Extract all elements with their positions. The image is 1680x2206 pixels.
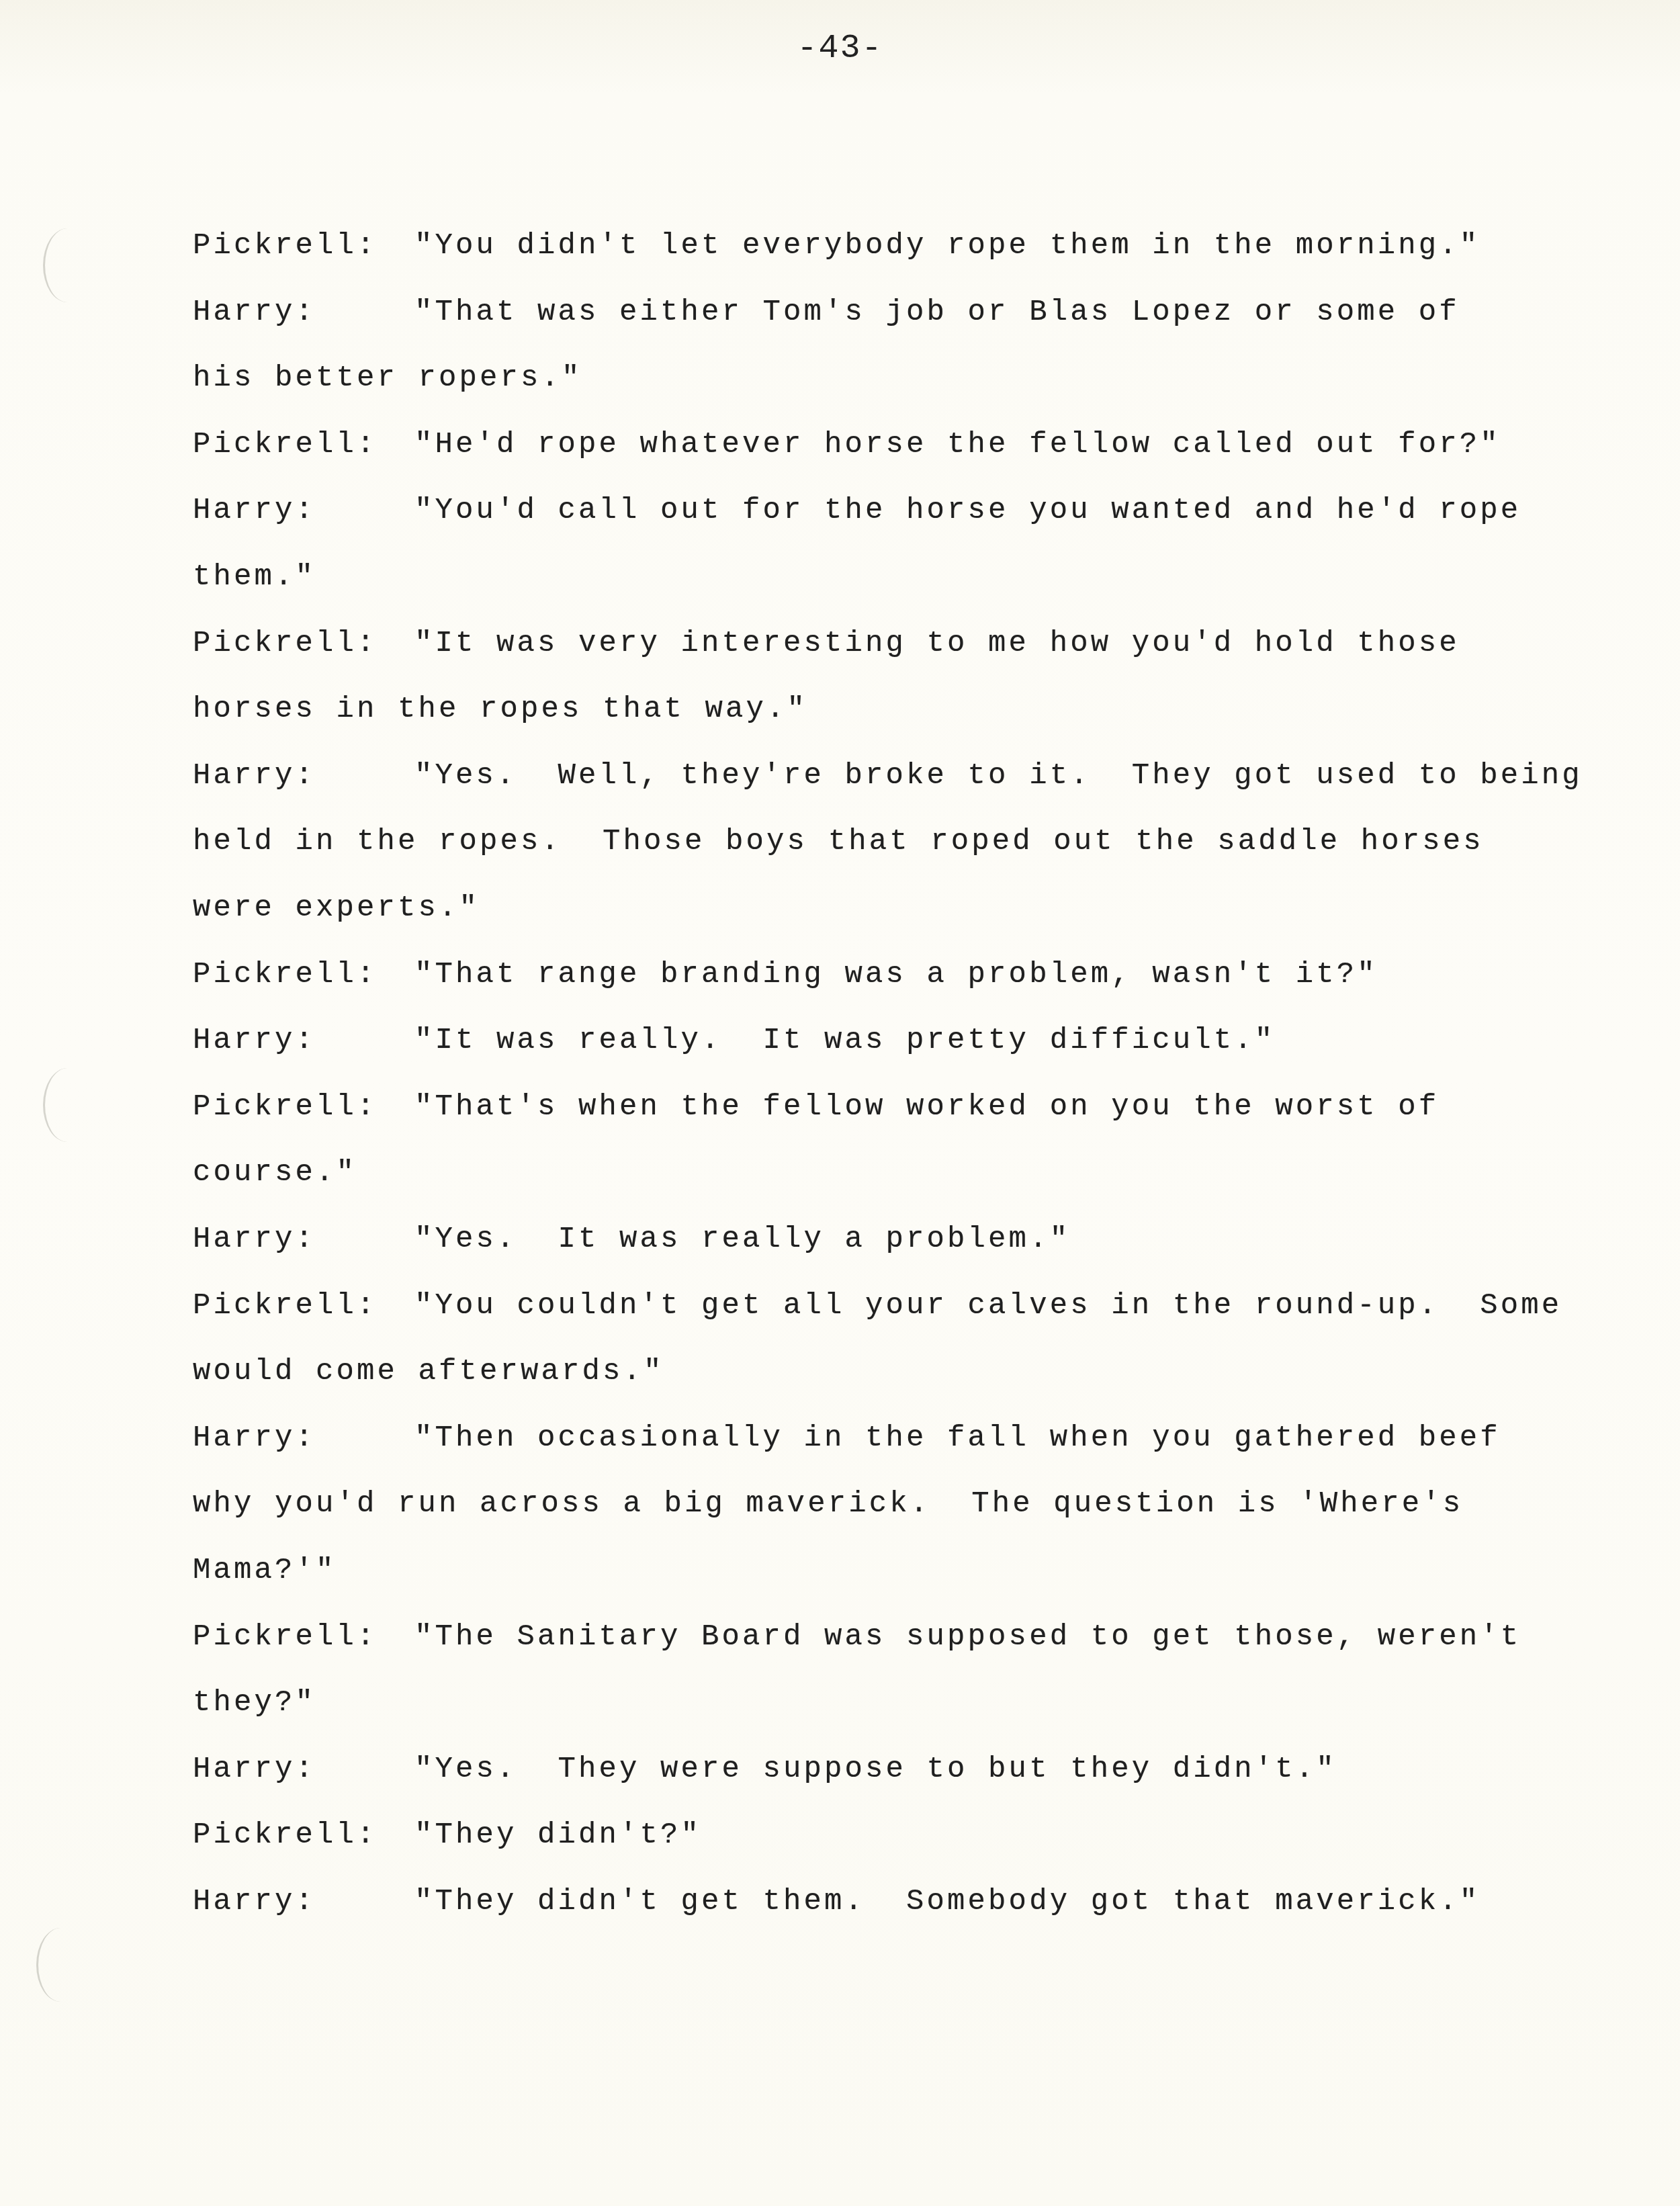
speech-text: "Then occasionally in the fall when you … bbox=[414, 1418, 1501, 1458]
speech-continuation: Mama?'" bbox=[193, 1550, 337, 1591]
speech-text: "It was really. It was pretty difficult.… bbox=[414, 1020, 1275, 1061]
speech-continuation: course." bbox=[193, 1153, 357, 1193]
punch-hole-bottom bbox=[36, 1928, 85, 2002]
speaker-label: Harry: bbox=[193, 1749, 316, 1790]
speech-text: "That was either Tom's job or Blas Lopez… bbox=[414, 292, 1460, 333]
speaker-label: Pickrell: bbox=[193, 425, 378, 465]
speech-continuation: horses in the ropes that way." bbox=[193, 689, 807, 730]
speech-continuation: why you'd run across a big maverick. The… bbox=[193, 1484, 1463, 1524]
speech-text: "They didn't get them. Somebody got that… bbox=[414, 1882, 1480, 1922]
speech-text: "That range branding was a problem, wasn… bbox=[414, 955, 1378, 995]
page-number: -43- bbox=[0, 30, 1680, 68]
speech-text: "You'd call out for the horse you wanted… bbox=[414, 490, 1521, 531]
speaker-label: Harry: bbox=[193, 1020, 316, 1061]
speaker-label: Pickrell: bbox=[193, 226, 378, 266]
typewritten-page: -43- Pickrell:"You didn't let everybody … bbox=[0, 0, 1680, 2206]
speech-text: "You couldn't get all your calves in the… bbox=[414, 1286, 1562, 1326]
speaker-label: Pickrell: bbox=[193, 1617, 378, 1657]
speech-text: "He'd rope whatever horse the fellow cal… bbox=[414, 425, 1501, 465]
speech-text: "The Sanitary Board was supposed to get … bbox=[414, 1617, 1521, 1657]
speech-continuation: held in the ropes. Those boys that roped… bbox=[193, 822, 1484, 862]
speaker-label: Harry: bbox=[193, 292, 316, 333]
speaker-label: Harry: bbox=[193, 1882, 316, 1922]
speech-text: "Yes. Well, they're broke to it. They go… bbox=[414, 756, 1583, 796]
speech-text: "Yes. It was really a problem." bbox=[414, 1219, 1070, 1260]
speaker-label: Pickrell: bbox=[193, 955, 378, 995]
speech-continuation: them." bbox=[193, 557, 316, 597]
speech-continuation: were experts." bbox=[193, 888, 480, 928]
speaker-label: Harry: bbox=[193, 490, 316, 531]
speaker-label: Harry: bbox=[193, 1219, 316, 1260]
speaker-label: Pickrell: bbox=[193, 623, 378, 664]
speech-text: "That's when the fellow worked on you th… bbox=[414, 1087, 1439, 1127]
speaker-label: Pickrell: bbox=[193, 1087, 378, 1127]
speech-text: "They didn't?" bbox=[414, 1815, 701, 1855]
speech-text: "You didn't let everybody rope them in t… bbox=[414, 226, 1480, 266]
speaker-label: Pickrell: bbox=[193, 1286, 378, 1326]
punch-hole-top bbox=[43, 228, 92, 302]
speech-continuation: would come afterwards." bbox=[193, 1352, 664, 1392]
speech-continuation: his better ropers." bbox=[193, 358, 582, 398]
speaker-label: Pickrell: bbox=[193, 1815, 378, 1855]
speech-text: "Yes. They were suppose to but they didn… bbox=[414, 1749, 1337, 1790]
speech-text: "It was very interesting to me how you'd… bbox=[414, 623, 1460, 664]
speaker-label: Harry: bbox=[193, 1418, 316, 1458]
punch-hole-middle bbox=[43, 1068, 92, 1142]
speech-continuation: they?" bbox=[193, 1683, 316, 1723]
speaker-label: Harry: bbox=[193, 756, 316, 796]
